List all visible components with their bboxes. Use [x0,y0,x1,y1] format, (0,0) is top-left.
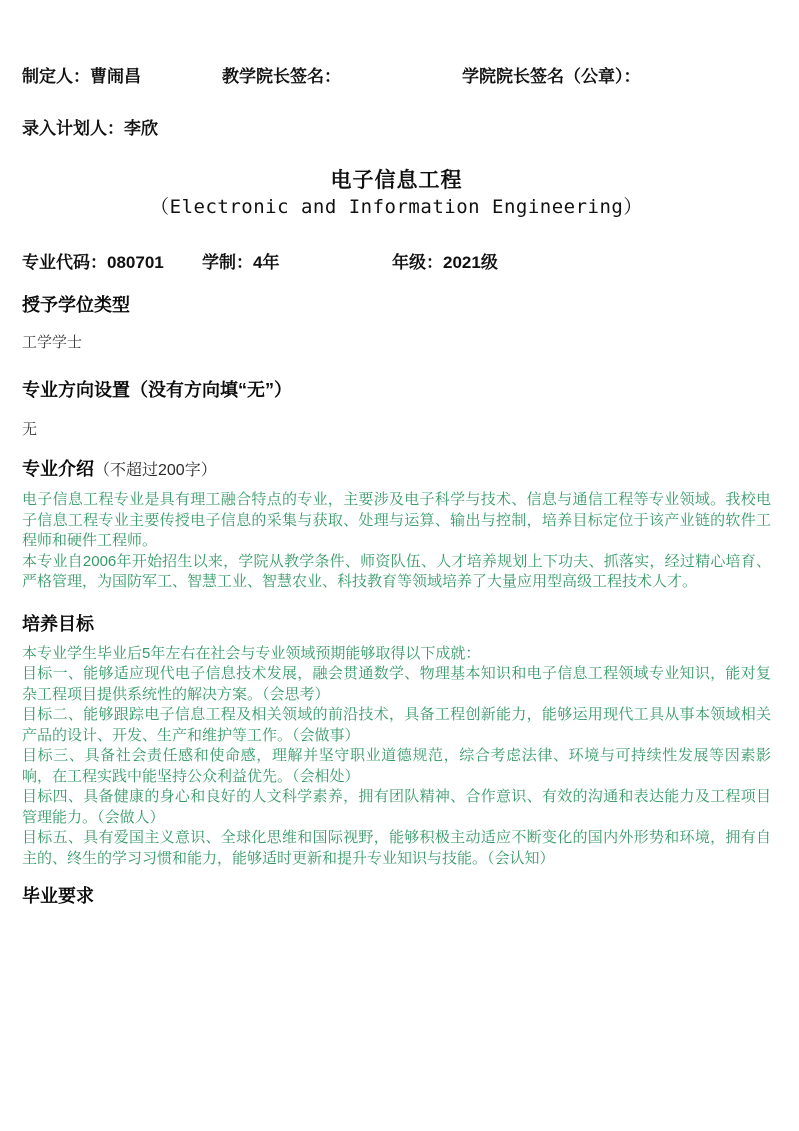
prepared-by-value: 曹闹昌 [90,67,141,86]
major-intro-heading: 专业介绍（不超过200字） [22,458,771,482]
intro-paragraph: 电子信息工程专业是具有理工融合特点的专业，主要涉及电子科学与技术、信息与通信工程… [22,490,771,552]
college-dean-signature-label: 学院院长签名（公章）： [462,66,771,88]
program-meta-row: 专业代码：080701 学制：4年 年级：2021级 [22,252,771,274]
major-direction-value: 无 [22,421,771,440]
objective-item: 目标四、具备健康的身心和良好的人文科学素养，拥有团队精神、合作意识、有效的沟通和… [22,787,771,828]
signature-row: 制定人：曹闹昌 教学院长签名： 学院院长签名（公章）： [22,66,771,88]
plan-enterer-label: 录入计划人： [22,119,124,138]
prepared-by-label: 制定人： [22,67,90,86]
grade-year: 年级：2021级 [392,252,771,274]
study-duration: 学制：4年 [202,252,392,274]
plan-enterer-value: 李欣 [124,119,158,138]
title-block: 电子信息工程 （Electronic and Information Engin… [22,168,771,220]
document-page: 制定人：曹闹昌 教学院长签名： 学院院长签名（公章）： 录入计划人：李欣 电子信… [0,0,799,1131]
study-duration-value: 4年 [253,253,279,272]
study-duration-label: 学制： [202,253,253,272]
training-objectives-heading: 培养目标 [22,613,771,635]
program-title-english: （Electronic and Information Engineering） [22,194,771,220]
training-objectives-body: 本专业学生毕业后5年左右在社会与专业领域预期能够取得以下成就： 目标一、能够适应… [22,644,771,870]
grade-year-label: 年级： [392,253,443,272]
major-intro-heading-text: 专业介绍 [22,459,94,479]
major-code-label: 专业代码： [22,253,107,272]
teaching-dean-signature-label: 教学院长签名： [222,66,462,88]
objective-item: 目标三、具备社会责任感和使命感，理解并坚守职业道德规范，综合考虑法律、环境与可持… [22,746,771,787]
objective-item: 目标二、能够跟踪电子信息工程及相关领域的前沿技术，具备工程创新能力，能够运用现代… [22,705,771,746]
major-direction-heading: 专业方向设置（没有方向填“无”） [22,379,771,401]
grade-year-value: 2021级 [443,253,498,272]
major-code-value: 080701 [107,253,164,272]
program-title: 电子信息工程 [22,168,771,194]
objective-item: 本专业学生毕业后5年左右在社会与专业领域预期能够取得以下成就： [22,644,771,665]
major-intro-heading-note: （不超过200字） [94,462,217,479]
objective-item: 目标五、具有爱国主义意识、全球化思维和国际视野，能够积极主动适应不断变化的国内外… [22,828,771,869]
graduation-requirements-heading: 毕业要求 [22,885,771,907]
prepared-by: 制定人：曹闹昌 [22,66,222,88]
intro-paragraph: 本专业自2006年开始招生以来，学院从教学条件、师资队伍、人才培养规划上下功夫、… [22,552,771,593]
major-code: 专业代码：080701 [22,252,202,274]
major-intro-body: 电子信息工程专业是具有理工融合特点的专业，主要涉及电子科学与技术、信息与通信工程… [22,490,771,593]
objective-item: 目标一、能够适应现代电子信息技术发展，融会贯通数学、物理基本知识和电子信息工程领… [22,664,771,705]
degree-type-value: 工学学士 [22,334,771,353]
plan-enterer-row: 录入计划人：李欣 [22,118,771,140]
degree-type-heading: 授予学位类型 [22,294,771,316]
